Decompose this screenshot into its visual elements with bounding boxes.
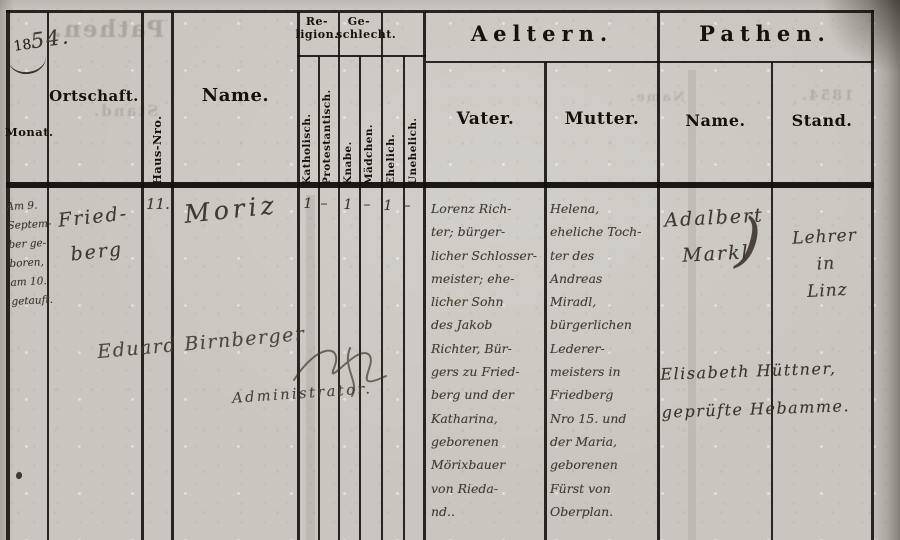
godparents-group-label: Pathen. (658, 22, 872, 46)
tick-protestant: – (317, 196, 331, 212)
header-body-separator (6, 182, 874, 188)
scan-streak (688, 70, 696, 540)
entry-mother: Helena, eheliche Toch- ter des Andreas M… (550, 197, 656, 523)
year-preprint: 18 (13, 37, 33, 55)
parents-group-label: Aeltern. (427, 22, 657, 46)
boy-column-label: Knabe. (341, 65, 355, 185)
entry-godparent-status: Lehrer in Linz (779, 222, 873, 308)
tick-boy: 1 (341, 197, 355, 213)
religion-group-label: Re- ligion. (295, 16, 339, 41)
entry-house-number: 11. (146, 195, 170, 213)
legitimate-column-label: Ehelich. (384, 65, 398, 185)
illegitimate-column-label: Unehelich. (406, 65, 420, 185)
entry-signature-title: Administrator. (232, 381, 373, 407)
table-border-top (6, 10, 874, 13)
grid-line (657, 12, 660, 540)
grid-line (297, 55, 426, 57)
bleedthrough-text: 1854. (800, 88, 854, 104)
entry-place: Fried- berg (49, 196, 142, 275)
father-column-label: Vater. (427, 110, 544, 130)
tick-legitimate: 1 (381, 198, 395, 214)
tick-illegitimate: – (400, 198, 414, 214)
house-number-column-label: Haus-Nro. (150, 65, 164, 185)
year-label: 1854. (12, 24, 72, 56)
entry-midwife: Elisabeth Hüttner, geprüfte Hebamme. (660, 348, 878, 431)
grid-line (426, 61, 874, 63)
grid-line (141, 12, 144, 540)
entry-birth-date: Am 9. Septem- ber ge- boren, am 10. geta… (6, 196, 50, 312)
entry-child-name: Moriz (183, 190, 279, 229)
entry-father: Lorenz Rich- ter; bürger- licher Schloss… (431, 197, 543, 523)
tick-catholic: 1 (301, 196, 315, 212)
mother-column-label: Mutter. (547, 110, 657, 130)
grid-line (771, 62, 773, 540)
tick-girl: – (360, 197, 374, 213)
ink-blot (16, 472, 22, 479)
catholic-column-label: Katholisch. (300, 65, 314, 185)
year-handwritten: 54. (29, 24, 71, 53)
godparent-name-column-label: Name. (660, 112, 771, 130)
grid-line (381, 12, 383, 540)
grid-line (544, 62, 547, 540)
register-page: Pathen. Stand. Name. 1854. 1854. Monat. … (0, 0, 900, 540)
name-column-label: Name. (173, 86, 298, 107)
place-column-label: Ortschaft. (47, 88, 141, 105)
grid-line (338, 12, 340, 540)
grid-line (423, 12, 426, 540)
year-underline (8, 56, 48, 77)
grid-line (403, 56, 405, 540)
girl-column-label: Mädchen. (362, 65, 376, 185)
entry-signature-name: Eduard Birnberger (96, 323, 306, 363)
month-column-label: Monat. (5, 126, 47, 139)
grid-line (359, 56, 361, 540)
protestant-column-label: Protestantisch. (320, 65, 334, 185)
sex-group-label: Ge- schlecht. (336, 16, 382, 41)
godparent-status-column-label: Stand. (773, 112, 871, 130)
